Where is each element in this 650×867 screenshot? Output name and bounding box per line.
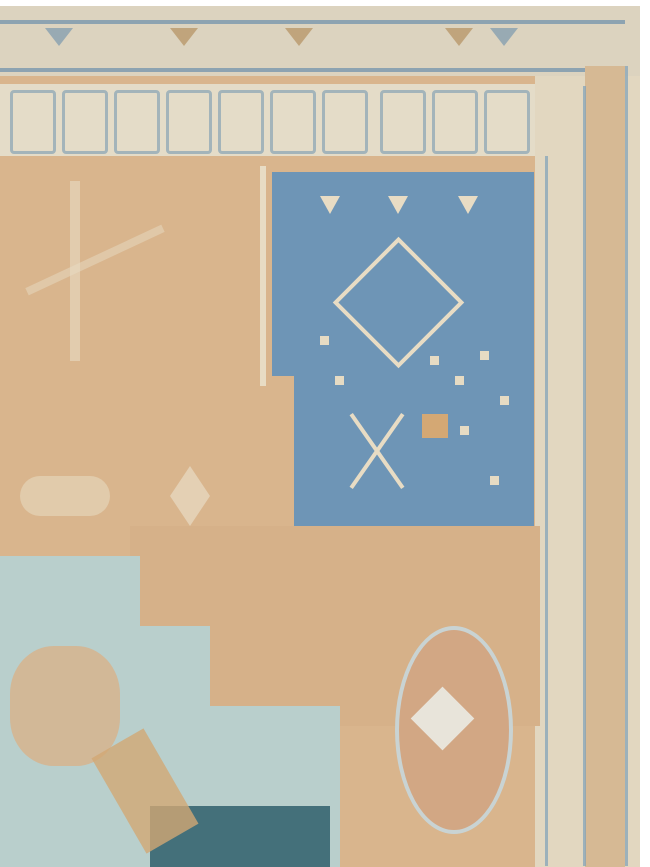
flower-dot [320,336,329,345]
border-line [625,66,628,866]
border-line [0,68,625,72]
floral-motif [20,476,110,516]
flower-dot [490,476,499,485]
flower-dot [455,376,464,385]
cartouche-cell [114,90,160,154]
cartouche-cell [166,90,212,154]
hourglass-motif [170,28,198,46]
floral-medallion [10,646,120,766]
hourglass-motif [285,28,313,46]
flower-dot [480,351,489,360]
border-line [0,20,625,24]
cartouche-cell [432,90,478,154]
border-line [545,156,548,866]
border-line [583,86,586,866]
star-motif [170,466,210,526]
panel-step [272,376,294,532]
rug-photo [0,6,640,867]
panel-frame [260,166,266,386]
flower-dot [500,396,509,405]
flower-dot [430,356,439,365]
tan-accent [422,414,448,438]
candelabra-arm [25,225,164,296]
flower-dot [460,426,469,435]
right-guard [585,66,625,867]
hourglass-motif [490,28,518,46]
cartouche-cell [10,90,56,154]
top-guard-border [0,6,640,76]
cartouche-cell [270,90,316,154]
cartouche-cell [322,90,368,154]
cartouche-cell [218,90,264,154]
cartouche-cell [62,90,108,154]
hourglass-motif [445,28,473,46]
hourglass-motif [45,28,73,46]
cartouche-cell [380,90,426,154]
cartouche-cell [484,90,530,154]
flower-dot [335,376,344,385]
